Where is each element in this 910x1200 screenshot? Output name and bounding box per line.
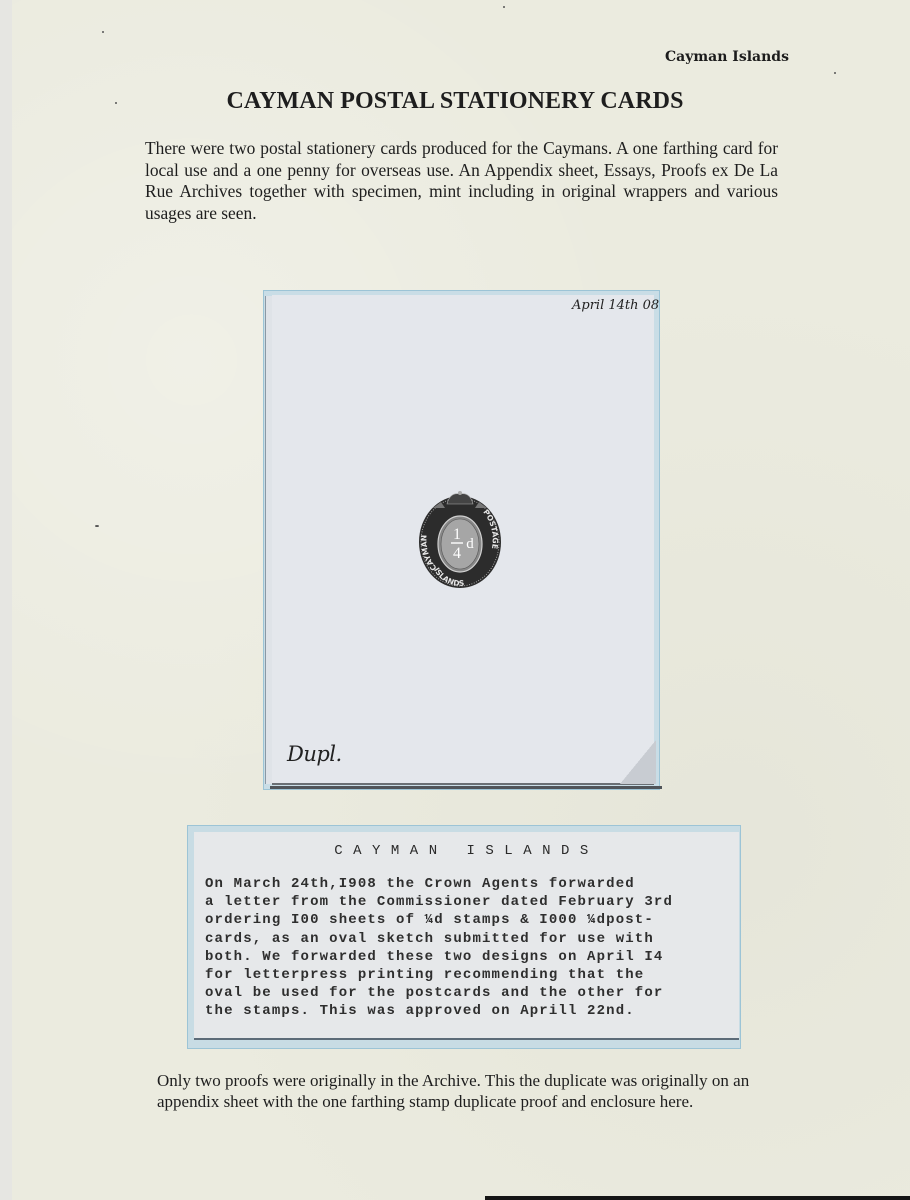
- duplicate-annotation: Dupl.: [287, 742, 342, 766]
- enclosure-line: cards, as an oval sketch submitted for u…: [205, 930, 673, 948]
- paper-speck: [834, 72, 836, 74]
- svg-text:1: 1: [453, 526, 461, 543]
- svg-text:4: 4: [453, 545, 461, 562]
- enclosure-title: CAYMAN ISLANDS: [194, 843, 739, 859]
- paper-speck: [95, 525, 99, 527]
- enclosure-line: oval be used for the postcards and the o…: [205, 984, 673, 1002]
- enclosure-line: for letterpress printing recommending th…: [205, 966, 673, 984]
- enclosure-line: a letter from the Commissioner dated Feb…: [205, 893, 673, 911]
- enclosure-line: the stamps. This was approved on Aprill …: [205, 1002, 673, 1020]
- svg-text:d: d: [466, 536, 474, 552]
- country-heading: Cayman Islands: [665, 49, 789, 65]
- enclosure-body: On March 24th,I908 the Crown Agents forw…: [205, 875, 673, 1021]
- intro-paragraph: There were two postal stationery cards p…: [145, 138, 778, 224]
- oval-stamp-crown-icon: 1 4 d CAYMAN ISLANDS POSTAGE: [417, 488, 503, 590]
- paper-speck: [102, 31, 104, 33]
- photo-corner-mount: [620, 740, 656, 784]
- proof-card-bottom-edge: [270, 786, 662, 789]
- enclosure-line: On March 24th,I908 the Crown Agents forw…: [205, 875, 673, 893]
- page-title: CAYMAN POSTAL STATIONERY CARDS: [0, 88, 910, 115]
- proof-card-edge: [265, 296, 272, 784]
- enclosure-line: ordering I00 sheets of ¼d stamps & I000 …: [205, 911, 673, 929]
- enclosure-line: both. We forwarded these two designs on …: [205, 948, 673, 966]
- next-page-edge: [485, 1196, 910, 1200]
- date-annotation: April 14th 08: [572, 298, 659, 313]
- paper-speck: [503, 6, 505, 8]
- footer-note: Only two proofs were originally in the A…: [157, 1071, 797, 1112]
